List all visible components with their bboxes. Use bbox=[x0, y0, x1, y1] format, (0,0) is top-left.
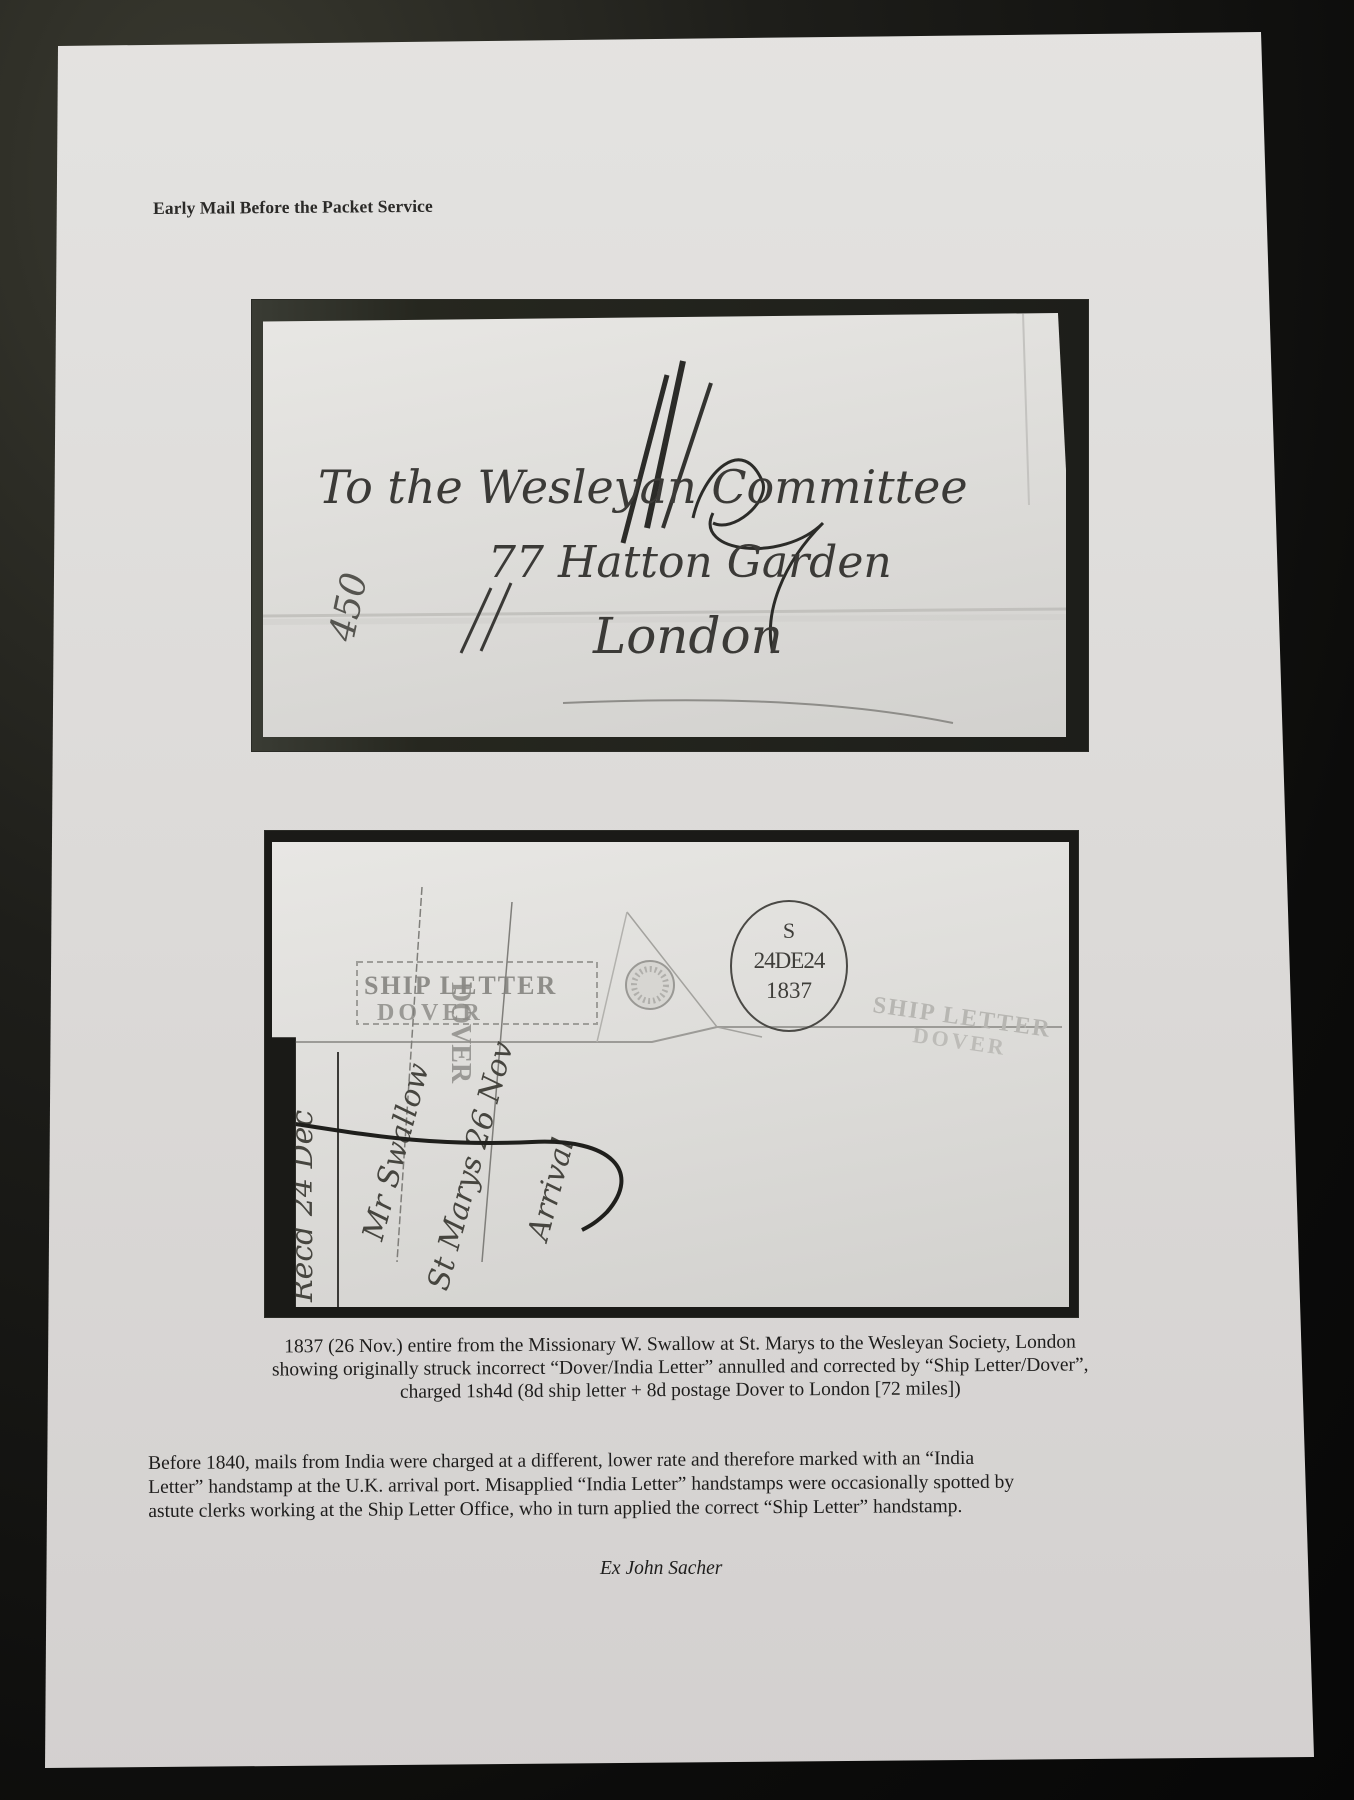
address-line-3: London bbox=[592, 607, 783, 665]
cover-front: To the Wesleyan Committee 77 Hatton Gard… bbox=[263, 313, 1066, 737]
postmark-letter: S bbox=[732, 918, 846, 944]
album-page: Early Mail Before the Packet Service To … bbox=[0, 0, 1354, 1800]
front-handwriting: To the Wesleyan Committee 77 Hatton Gard… bbox=[263, 313, 1066, 737]
cover-back-photo: SHIP LETTER DOVER DOVER SHIP LETTER DOVE… bbox=[264, 830, 1079, 1318]
exhibit-description: Before 1840, mails from India were charg… bbox=[148, 1446, 1208, 1524]
cover-back: SHIP LETTER DOVER DOVER SHIP LETTER DOVE… bbox=[272, 842, 1069, 1307]
description-line: astute clerks working at the Ship Letter… bbox=[148, 1494, 1208, 1524]
page-title: Early Mail Before the Packet Service bbox=[153, 196, 433, 219]
docket-arrival: Arrival bbox=[520, 1134, 582, 1247]
postmark: S 24DE24 1837 bbox=[730, 900, 848, 1032]
exhibit-caption: 1837 (26 Nov.) entire from the Missionar… bbox=[120, 1330, 1240, 1406]
svg-text:450: 450 bbox=[321, 569, 376, 646]
postmark-year: 1837 bbox=[732, 978, 846, 1004]
address-line-1: To the Wesleyan Committee bbox=[318, 460, 968, 514]
address-line-2: 77 Hatton Garden bbox=[488, 537, 892, 588]
docket-sender: Mr Swallow bbox=[356, 1059, 437, 1245]
back-markings: SHIP LETTER DOVER DOVER SHIP LETTER DOVE… bbox=[272, 842, 1069, 1307]
postmark-date: 24DE24 bbox=[732, 948, 846, 974]
docket-received: Recd 24 Dec bbox=[285, 1110, 320, 1303]
handstamp-india-letter: DOVER bbox=[445, 982, 476, 1084]
cover-front-photo: To the Wesleyan Committee 77 Hatton Gard… bbox=[251, 299, 1089, 752]
provenance-credit: Ex John Sacher bbox=[600, 1558, 722, 1580]
